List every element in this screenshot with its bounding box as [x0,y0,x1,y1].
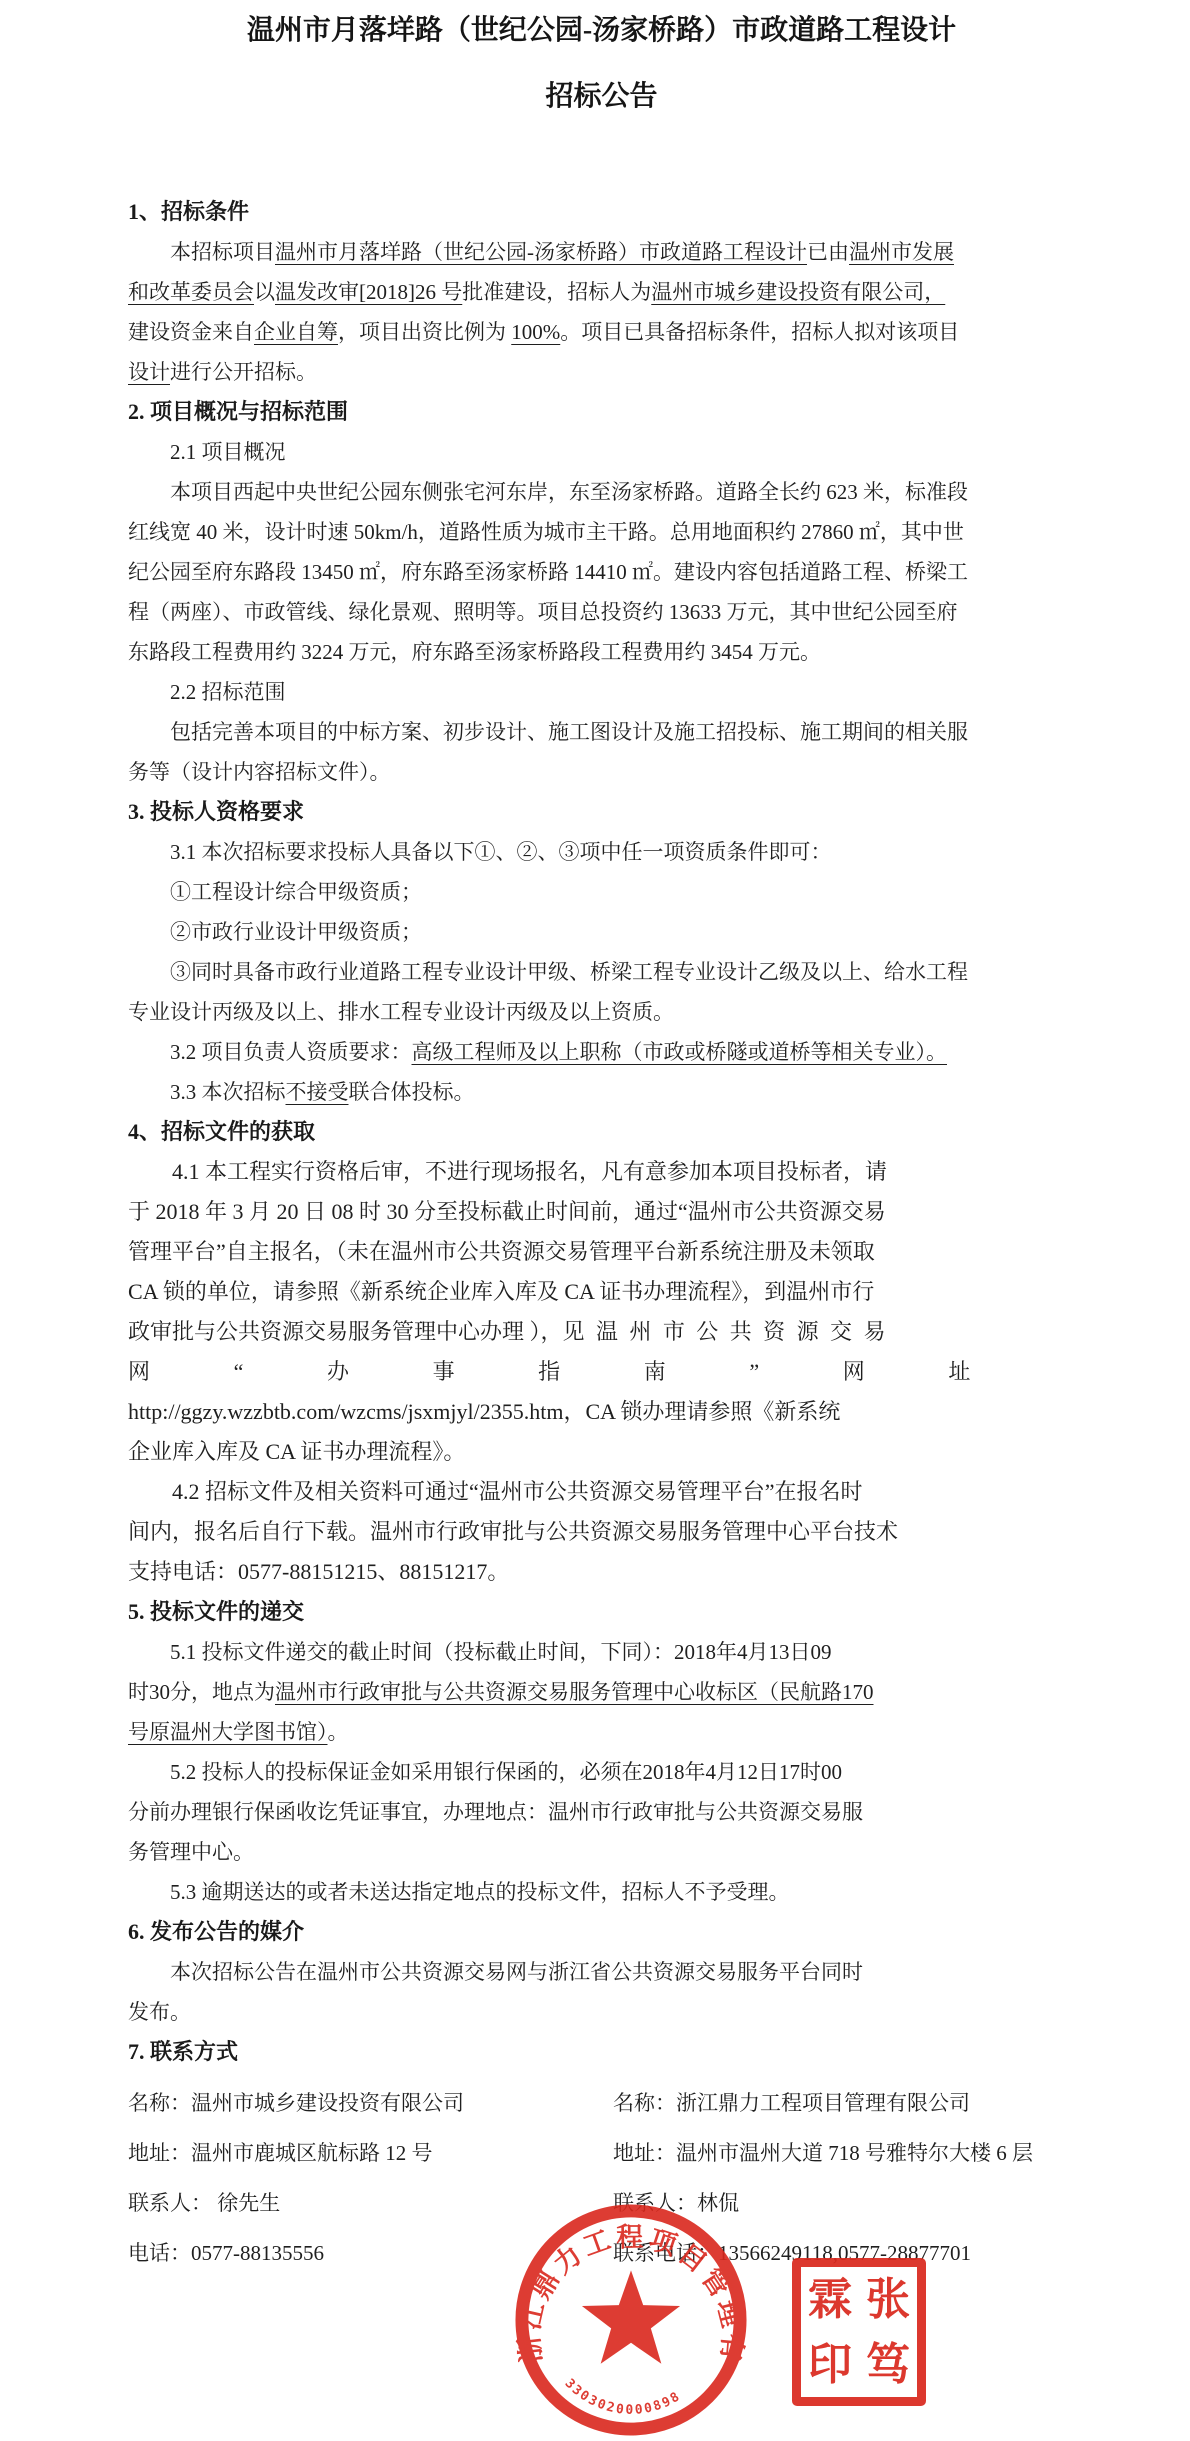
para-line: 政审批与公共资源交易服务管理中心办理 ），见温州市公共资源交易 [128,1312,1028,1352]
paragraph: 本项目西起中央世纪公园东侧张宅河东岸，东至汤家桥路。道路全长约 623 米，标准… [128,472,1075,672]
seal-char: 笃 [859,2332,917,2397]
paragraph: 5.3 逾期送达的或者未送达指定地点的投标文件，招标人不予受理。 [128,1872,1075,1912]
text-segment: 间内，报名后自行下载。温州市行政审批与公共资源交易服务管理中心平台技术 [128,1519,898,1544]
text-segment: 分前办理银行保函收讫凭证事宜，办理地点：温州市行政审批与公共资源交易服 [128,1800,863,1824]
contact-row: 名称：温州市城乡建设投资有限公司 名称：浙江鼎力工程项目管理有限公司 [128,2078,1075,2128]
contact-row: 电话：0577-88135556 联系电话：13566249118,0577-2… [128,2228,1075,2278]
seal-number-text: 3303020000898 [562,2376,683,2418]
para-line: 专业设计丙级及以上、排水工程专业设计丙级及以上资质。 [128,992,1075,1032]
para-line: 支持电话：0577-88151215、88151217。 [128,1552,1028,1592]
text-segment: 高级工程师及以上职称（市政或桥隧或道桥等相关专业）。 [412,1040,948,1064]
para-line: 管理平台”自主报名，（未在温州市公共资源交易管理平台新系统注册及未领取 [128,1232,1028,1272]
contact-left-name: 名称：温州市城乡建设投资有限公司 [128,2078,613,2128]
text-segment: 企业自筹 [254,320,338,344]
para-line: 企业库入库及 CA 证书办理流程》。 [128,1432,1028,1472]
text-segment: 温州市发展 [849,240,954,264]
contact-right-address: 地址：温州市温州大道 718 号雅特尔大楼 6 层 [613,2128,1075,2178]
text-segment: 进行公开招标。 [170,360,317,384]
section-heading: 3. 投标人资格要求 [128,792,1075,832]
contact-left-phone: 电话：0577-88135556 [128,2228,613,2278]
para-line: 3.1 本次招标要求投标人具备以下①、②、③项中任一项资质条件即可： [128,832,1075,872]
para-line: 程（两座）、市政管线、绿化景观、照明等。项目总投资约 13633 万元，其中世纪… [128,592,1075,632]
text-segment: 4.2 招标文件及相关资料可通过“温州市公共资源交易管理平台”在报名时 [172,1479,863,1504]
para-line: 3.2 项目负责人资质要求：高级工程师及以上职称（市政或桥隧或道桥等相关专业）。 [128,1032,1075,1072]
contact-right-person: 联系人：林侃 [613,2178,1075,2228]
text-segment: 时30分，地点为 [128,1680,275,1704]
name-seal-square: 霖 张 印 笃 [792,2258,926,2406]
text-segment: 。 [328,1720,349,1744]
text-segment: 号原温州大学图书馆） [128,1720,328,1744]
doc-title-line2: 招标公告 [128,80,1075,114]
paragraph: 3.1 本次招标要求投标人具备以下①、②、③项中任一项资质条件即可：①工程设计综… [128,832,1075,1112]
text-segment: 和改革委员会 [128,280,254,304]
text-segment: 红线宽 40 米，设计时速 50km/h，道路性质为城市主干路。总用地面积约 2… [128,520,964,544]
para-line: 3.3 本次招标不接受联合体投标。 [128,1072,1075,1112]
para-line: 分前办理银行保函收讫凭证事宜，办理地点：温州市行政审批与公共资源交易服 [128,1792,1075,1832]
para-line: http://ggzy.wzzbtb.com/wzcms/jsxmjyl/235… [128,1392,1028,1432]
text-segment: 100% [511,320,560,344]
para-line: 设计进行公开招标。 [128,352,1075,392]
para-line: 网“办事指南”网址 [128,1352,1028,1392]
para-line: 4.1 本工程实行资格后审，不进行现场报名，凡有意参加本项目投标者，请 [128,1152,1028,1192]
paragraph: 本招标项目温州市月落垟路（世纪公园-汤家桥路）市政道路工程设计已由温州市发展和改… [128,232,1075,392]
paragraph: 4.1 本工程实行资格后审，不进行现场报名，凡有意参加本项目投标者，请于 201… [128,1152,1028,1472]
section-heading: 1、招标条件 [128,192,1075,232]
text-segment: 已由 [807,240,849,264]
text-segment: 务管理中心。 [128,1840,254,1864]
para-line: 5.2 投标人的投标保证金如采用银行保函的，必须在2018年4月12日17时00 [128,1752,1075,1792]
section-heading: 2. 项目概况与招标范围 [128,392,1075,432]
paragraph: 5.1 投标文件递交的截止时间（投标截止时间，下同）：2018年4月13日09时… [128,1632,1075,1752]
para-line: 纪公园至府东路段 13450 ㎡，府东路至汤家桥路 14410 ㎡。建设内容包括… [128,552,1075,592]
contact-right-phone: 联系电话：13566249118,0577-28877701 [613,2228,1075,2278]
text-segment: 本次招标公告在温州市公共资源交易网与浙江省公共资源交易服务平台同时 [170,1960,863,1984]
para-line: 包括完善本项目的中标方案、初步设计、施工图设计及施工招投标、施工期间的相关服 [128,712,1075,752]
text-segment: 温州市月落垟路（世纪公园-汤家桥路）市政道路工程设计 [275,240,807,264]
sub-heading: 2.1 项目概况 [128,432,1075,472]
para-line: 于 2018 年 3 月 20 日 08 时 30 分至投标截止时间前，通过“温… [128,1192,1028,1232]
sub-heading: 2.2 招标范围 [128,672,1075,712]
text-segment: 纪公园至府东路段 13450 ㎡，府东路至汤家桥路 14410 ㎡。建设内容包括… [128,560,968,584]
para-line: 5.1 投标文件递交的截止时间（投标截止时间，下同）：2018年4月13日09 [128,1632,1075,1672]
paragraph: 包括完善本项目的中标方案、初步设计、施工图设计及施工招投标、施工期间的相关服务等… [128,712,1075,792]
para-line: 本招标项目温州市月落垟路（世纪公园-汤家桥路）市政道路工程设计已由温州市发展 [128,232,1075,272]
paragraph: 4.2 招标文件及相关资料可通过“温州市公共资源交易管理平台”在报名时间内，报名… [128,1472,1028,1592]
text-segment: ，项目出资比例为 [338,320,511,344]
page: 温州市月落垟路（世纪公园-汤家桥路）市政道路工程设计 招标公告 1、招标条件本招… [0,0,1190,2441]
para-line: 间内，报名后自行下载。温州市行政审批与公共资源交易服务管理中心平台技术 [128,1512,1028,1552]
text-segment: 温州市城乡建设投资有限公司， [651,280,945,304]
para-line: 本次招标公告在温州市公共资源交易网与浙江省公共资源交易服务平台同时 [128,1952,1075,1992]
para-line: 时30分，地点为温州市行政审批与公共资源交易服务管理中心收标区（民航路170 [128,1672,1075,1712]
contact-row: 地址：温州市鹿城区航标路 12 号 地址：温州市温州大道 718 号雅特尔大楼 … [128,2128,1075,2178]
text-segment: 3.2 项目负责人资质要求： [170,1040,412,1064]
contacts-table: 名称：温州市城乡建设投资有限公司 名称：浙江鼎力工程项目管理有限公司 地址：温州… [128,2078,1075,2278]
text-segment: 4.1 本工程实行资格后审，不进行现场报名，凡有意参加本项目投标者，请 [172,1159,887,1184]
text-segment: 温州市行政审批与公共资源交易服务管理中心收标区（民航路170 [275,1680,874,1704]
text-segment: 5.3 逾期送达的或者未送达指定地点的投标文件，招标人不予受理。 [170,1880,790,1904]
document-body: 1、招标条件本招标项目温州市月落垟路（世纪公园-汤家桥路）市政道路工程设计已由温… [128,192,1075,2072]
contact-left-address: 地址：温州市鹿城区航标路 12 号 [128,2128,613,2178]
text-segment: 5.1 投标文件递交的截止时间（投标截止时间，下同）：2018年4月13日09 [170,1640,832,1664]
text-segment: 本招标项目 [170,240,275,264]
text-segment: 支持电话：0577-88151215、88151217。 [128,1559,509,1584]
para-line: ③同时具备市政行业道路工程专业设计甲级、桥梁工程专业设计乙级及以上、给水工程 [128,952,1075,992]
para-line: ②市政行业设计甲级资质； [128,912,1075,952]
text-segment: ②市政行业设计甲级资质； [170,920,422,944]
text-segment: 5.2 投标人的投标保证金如采用银行保函的，必须在2018年4月12日17时00 [170,1760,842,1784]
section-heading: 5. 投标文件的递交 [128,1592,1075,1632]
text-segment: 批准建设，招标人为 [462,280,651,304]
para-line: 本项目西起中央世纪公园东侧张宅河东岸，东至汤家桥路。道路全长约 623 米，标准… [128,472,1075,512]
para-line: ①工程设计综合甲级资质； [128,872,1075,912]
seal-char: 印 [801,2332,859,2397]
section-heading: 4、招标文件的获取 [128,1112,1075,1152]
contact-left-person: 联系人： 徐先生 [128,2178,613,2228]
text-segment: 网“办事指南”网址 [128,1359,1054,1384]
text-segment: 包括完善本项目的中标方案、初步设计、施工图设计及施工招投标、施工期间的相关服 [170,720,968,744]
text-segment: 不接受 [286,1080,349,1104]
text-segment: 。项目已具备招标条件，招标人拟对该项目 [560,320,959,344]
text-segment: http://ggzy.wzzbtb.com/wzcms/jsxmjyl/235… [128,1399,840,1424]
text-segment: 发布。 [128,2000,191,2024]
para-line: 发布。 [128,1992,1075,2032]
text-segment: 于 2018 年 3 月 20 日 08 时 30 分至投标截止时间前，通过“温… [128,1199,886,1224]
paragraph: 本次招标公告在温州市公共资源交易网与浙江省公共资源交易服务平台同时发布。 [128,1952,1075,2032]
text-segment: 建设资金来自 [128,320,254,344]
doc-title-line1: 温州市月落垟路（世纪公园-汤家桥路）市政道路工程设计 [128,14,1075,48]
section-heading: 6. 发布公告的媒介 [128,1912,1075,1952]
para-line: 务管理中心。 [128,1832,1075,1872]
para-line: 5.3 逾期送达的或者未送达指定地点的投标文件，招标人不予受理。 [128,1872,1075,1912]
text-segment: 3.1 本次招标要求投标人具备以下①、②、③项中任一项资质条件即可： [170,840,832,864]
text-segment: 见温州市公共资源交易 [563,1319,897,1344]
para-line: 4.2 招标文件及相关资料可通过“温州市公共资源交易管理平台”在报名时 [128,1472,1028,1512]
text-segment: 联合体投标。 [349,1080,475,1104]
text-segment: 务等（设计内容招标文件）。 [128,760,391,784]
text-segment: 程（两座）、市政管线、绿化景观、照明等。项目总投资约 13633 万元，其中世纪… [128,600,958,624]
text-segment: 专业设计丙级及以上、排水工程专业设计丙级及以上资质。 [128,1000,674,1024]
svg-text:3303020000898: 3303020000898 [562,2376,683,2418]
section-heading: 7. 联系方式 [128,2032,1075,2072]
text-segment: 3.3 本次招标 [170,1080,286,1104]
text-segment: 企业库入库及 CA 证书办理流程》。 [128,1439,465,1464]
document-content: 温州市月落垟路（世纪公园-汤家桥路）市政道路工程设计 招标公告 1、招标条件本招… [0,0,1190,2278]
text-segment: 本项目西起中央世纪公园东侧张宅河东岸，东至汤家桥路。道路全长约 623 米，标准… [170,480,968,504]
text-segment: CA 锁的单位，请参照《新系统企业库入库及 CA 证书办理流程》，到温州市行 [128,1279,874,1304]
text-segment: 管理平台”自主报名，（未在温州市公共资源交易管理平台新系统注册及未领取 [128,1239,875,1264]
text-segment: 东路段工程费用约 3224 万元，府东路至汤家桥路段工程费用约 3454 万元。 [128,640,821,664]
para-line: 号原温州大学图书馆）。 [128,1712,1075,1752]
text-segment: 温发改审[2018]26 号 [275,280,462,304]
para-line: 建设资金来自企业自筹，项目出资比例为 100%。项目已具备招标条件，招标人拟对该… [128,312,1075,352]
para-line: 务等（设计内容招标文件）。 [128,752,1075,792]
text-segment: 政审批与公共资源交易服务管理中心办理 ）， [128,1319,563,1344]
para-line: 红线宽 40 米，设计时速 50km/h，道路性质为城市主干路。总用地面积约 2… [128,512,1075,552]
text-segment: ①工程设计综合甲级资质； [170,880,422,904]
contact-right-name: 名称：浙江鼎力工程项目管理有限公司 [613,2078,1075,2128]
para-line: CA 锁的单位，请参照《新系统企业库入库及 CA 证书办理流程》，到温州市行 [128,1272,1028,1312]
paragraph: 5.2 投标人的投标保证金如采用银行保函的，必须在2018年4月12日17时00… [128,1752,1075,1872]
contact-row: 联系人： 徐先生 联系人：林侃 [128,2178,1075,2228]
para-line: 和改革委员会以温发改审[2018]26 号批准建设，招标人为温州市城乡建设投资有… [128,272,1075,312]
text-segment: 设计 [128,360,170,384]
text-segment: 以 [254,280,275,304]
para-line: 东路段工程费用约 3224 万元，府东路至汤家桥路段工程费用约 3454 万元。 [128,632,1075,672]
seal-star-icon [582,2270,680,2363]
text-segment: ③同时具备市政行业道路工程专业设计甲级、桥梁工程专业设计乙级及以上、给水工程 [170,960,968,984]
